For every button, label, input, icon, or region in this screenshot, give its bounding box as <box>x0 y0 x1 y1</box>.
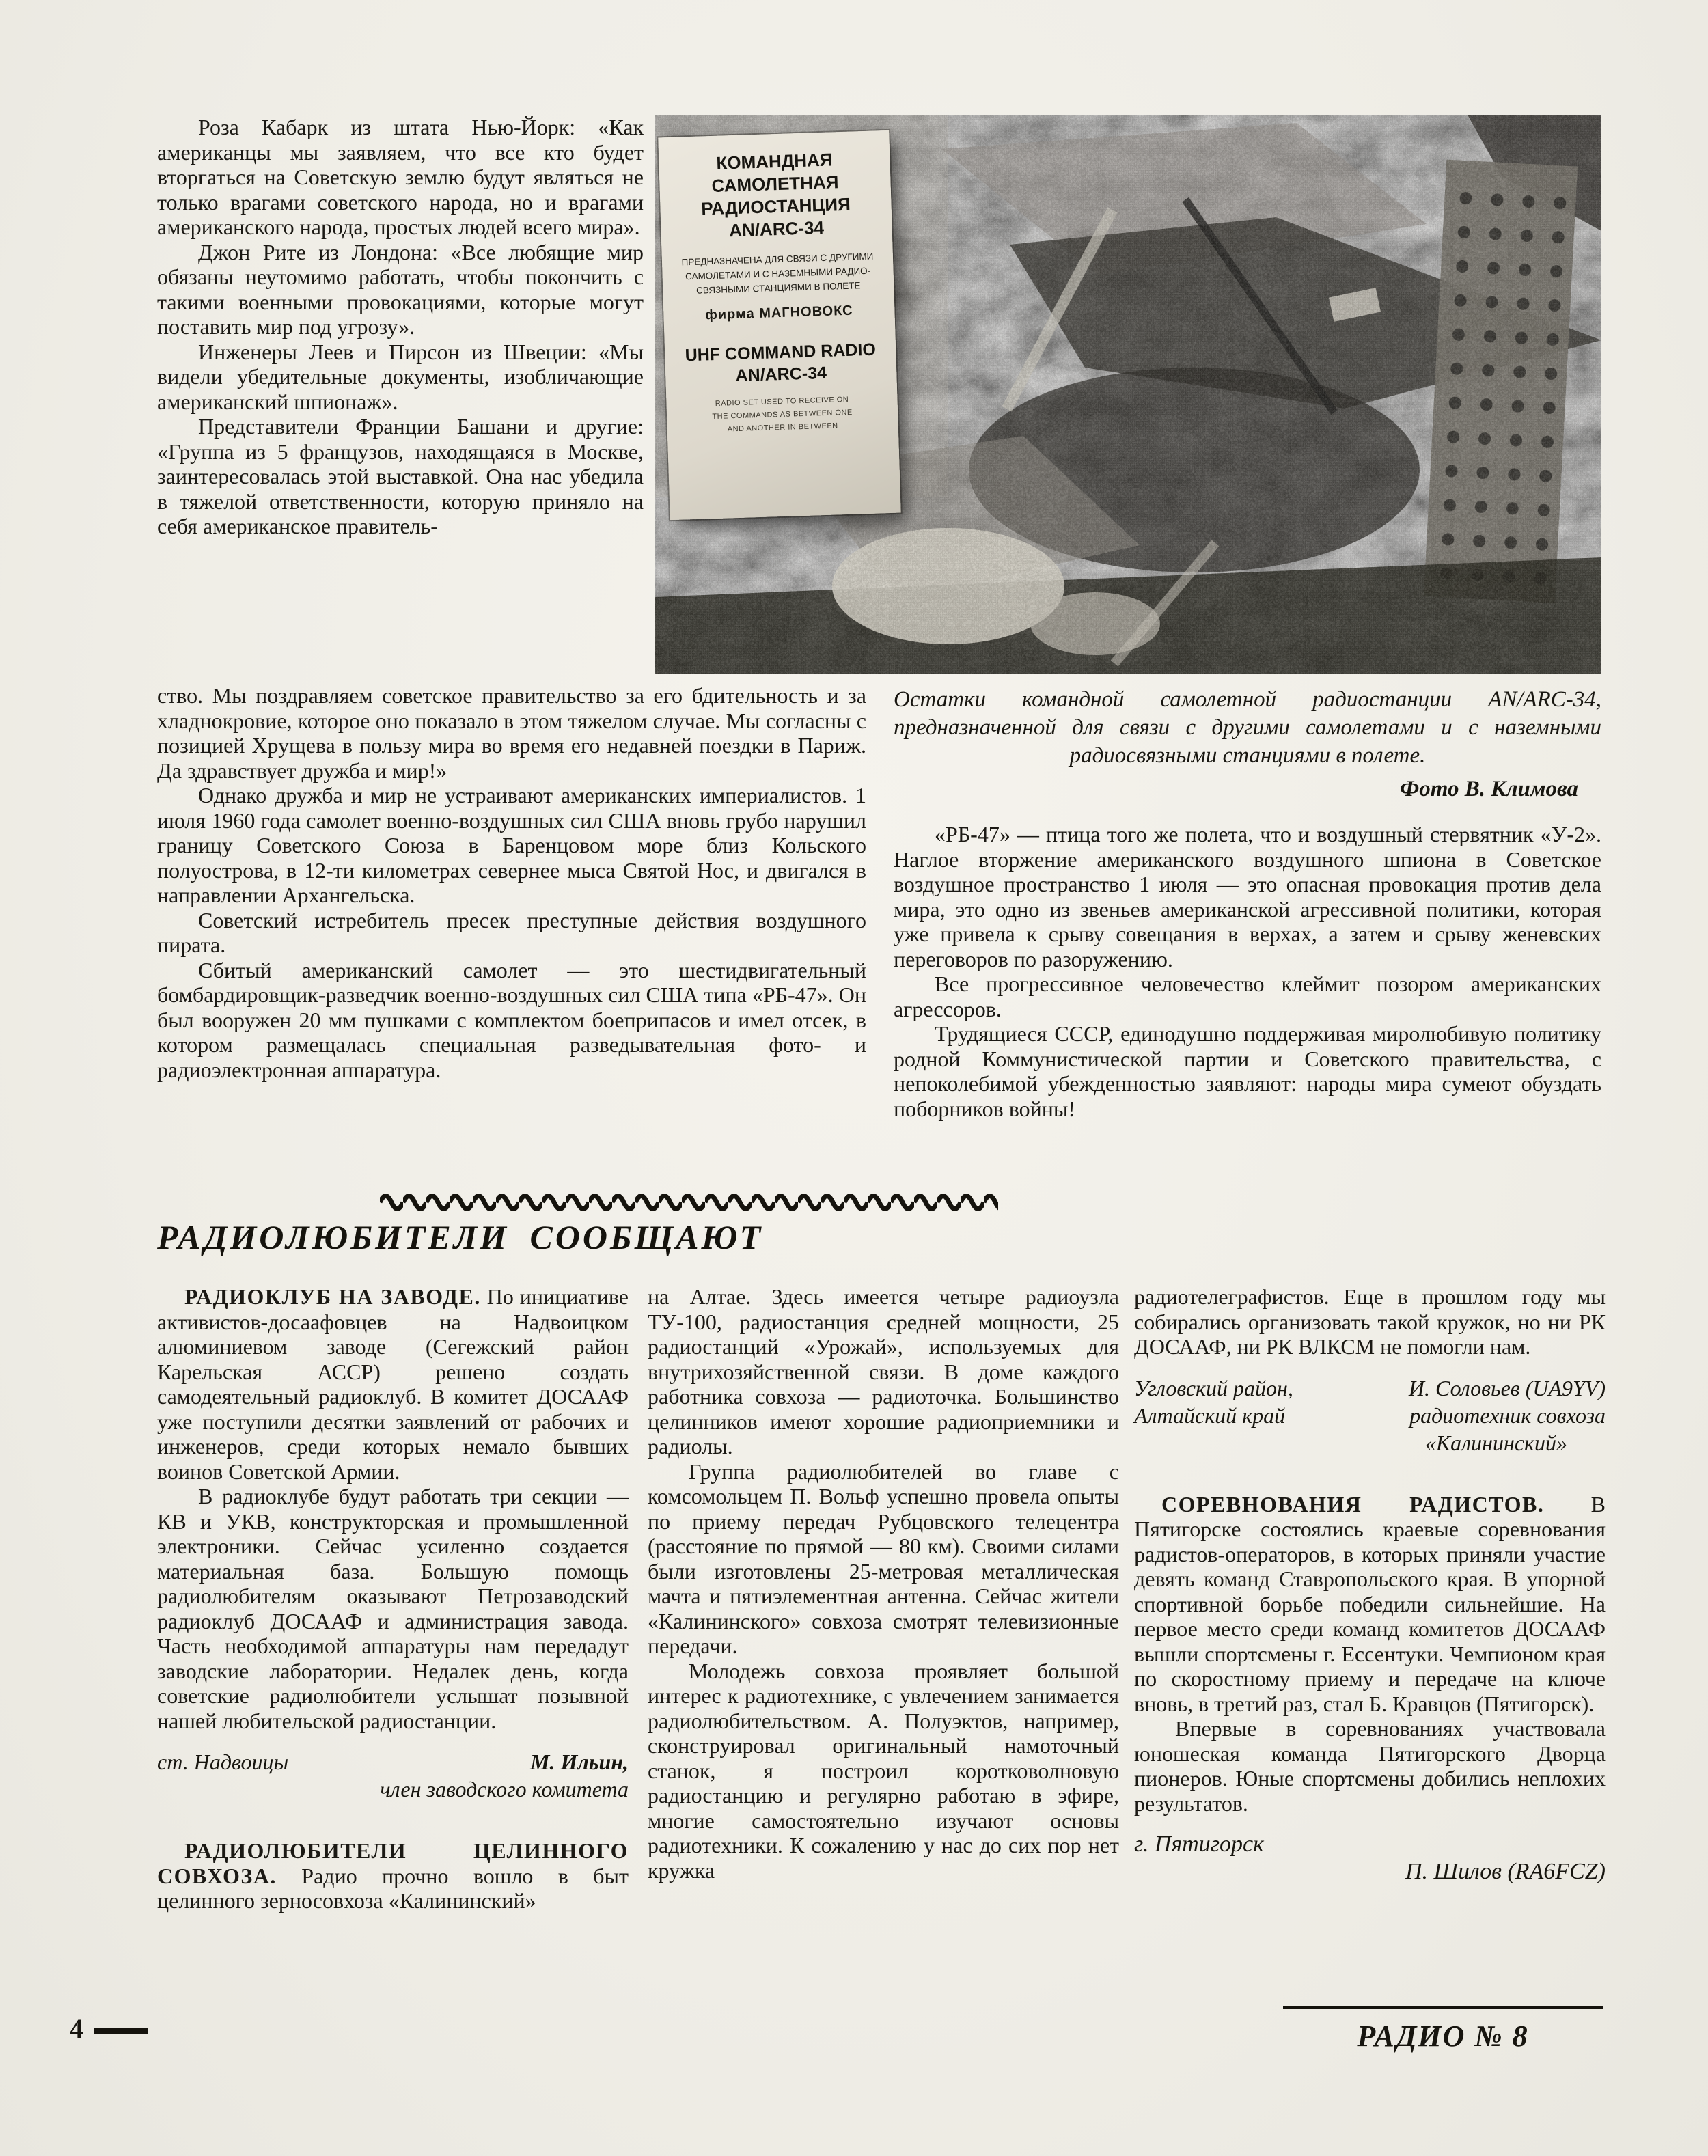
paragraph: Впервые в соревнованиях участвовала юнош… <box>1134 1716 1606 1816</box>
paragraph: на Алтае. Здесь имеется четыре радиоузла… <box>648 1284 1119 1459</box>
paragraph: Советский истребитель пресек преступные … <box>157 908 866 958</box>
paragraph: ство. Мы поздравляем советское правитель… <box>157 683 866 783</box>
paragraph: радиотелеграфистов. Еще в прошлом году м… <box>1134 1284 1606 1359</box>
article-head: СОРЕВНОВАНИЯ РАДИСТОВ. <box>1161 1492 1544 1517</box>
paragraph: Роза Кабарк из штата Нью-Йорк: «Как амер… <box>157 115 644 240</box>
article-paragraph: РАДИОКЛУБ НА ЗАВОДЕ. По инициативе актив… <box>157 1284 629 1484</box>
page-number: 4 <box>70 2013 83 2045</box>
magazine-page: Роза Кабарк из штата Нью-Йорк: «Как амер… <box>0 0 1708 2156</box>
page-number-block: 4 <box>70 2013 148 2045</box>
photo-credit: Фото В. Климова <box>894 777 1601 802</box>
right-wide-column: «РБ-47» — птица того же полета, что и во… <box>894 822 1601 1121</box>
article-text: В Пятигорске состоялись краевые соревнов… <box>1134 1492 1606 1716</box>
signature-place: г. Пятигорск <box>1134 1831 1264 1858</box>
paragraph: Сбитый американский самолет — это шестид… <box>157 958 866 1083</box>
left-wide-column: ство. Мы поздравляем советское правитель… <box>157 683 866 1082</box>
magazine-brand: РАДИО № 8 <box>1283 2019 1603 2054</box>
wreckage-photo: КОМАНДНАЯ САМОЛЕТНАЯ РАДИОСТАНЦИЯ AN/ARC… <box>655 115 1601 674</box>
exhibit-sign: КОМАНДНАЯ САМОЛЕТНАЯ РАДИОСТАНЦИЯ AN/ARC… <box>658 130 900 520</box>
wavy-divider <box>380 1194 998 1211</box>
sign-line: РАДИОСТАНЦИЯ AN/ARC-34 <box>671 192 881 244</box>
photo-caption: Остатки командной самолетной радиостанци… <box>894 686 1601 770</box>
signature-role: «Калининский» <box>1134 1429 1606 1456</box>
signature-name: П. Шилов (RA6FCZ) <box>1134 1858 1606 1885</box>
signature-place: ст. Надвоицы <box>157 1748 288 1775</box>
paragraph: Трудящиеся СССР, единодушно поддерживая … <box>894 1021 1601 1121</box>
signature-name: М. Ильин, <box>530 1748 629 1775</box>
paragraph: Молодежь совхоза проявляет большой интер… <box>648 1659 1119 1883</box>
footer-brand-block: РАДИО № 8 <box>1283 2006 1603 2054</box>
intro-column: Роза Кабарк из штата Нью-Йорк: «Как амер… <box>157 115 644 539</box>
paragraph: «РБ-47» — птица того же полета, что и во… <box>894 822 1601 971</box>
footer-rule <box>1283 2006 1603 2009</box>
paragraph: Все прогрессивное человечество клеймит п… <box>894 971 1601 1021</box>
signature-place: Угловский район, <box>1134 1374 1293 1402</box>
signature-row: ст. Надвоицы М. Ильин, <box>157 1748 629 1775</box>
signature-row: Угловский район, И. Соловьев (UA9YV) <box>1134 1374 1606 1402</box>
paragraph: Однако дружба и мир не устраивают америк… <box>157 783 866 908</box>
paragraph: Представители Франции Башани и другие: «… <box>157 414 644 539</box>
paragraph: В радиоклубе будут работать три секции —… <box>157 1484 629 1733</box>
article-column-2: на Алтае. Здесь имеется четыре радиоузла… <box>648 1284 1119 1883</box>
signature-name: И. Соловьев (UA9YV) <box>1409 1374 1606 1402</box>
article-paragraph: РАДИОЛЮБИТЕЛИ ЦЕЛИННОГО СОВХОЗА. Радио п… <box>157 1838 629 1913</box>
article-text: По инициативе активистов-досаафовцев на … <box>157 1284 629 1484</box>
page-number-rule <box>94 2028 148 2034</box>
signature-row: г. Пятигорск <box>1134 1831 1606 1858</box>
article-head: РАДИОКЛУБ НА ЗАВОДЕ. <box>184 1284 481 1309</box>
article-paragraph: СОРЕВНОВАНИЯ РАДИСТОВ. В Пятигорске сост… <box>1134 1492 1606 1717</box>
photo-caption-block: Остатки командной самолетной радиостанци… <box>894 686 1601 802</box>
signature-row: Алтайский край радиотехник совхоза <box>1134 1402 1606 1429</box>
sign-line: КОМАНДНАЯ САМОЛЕТНАЯ <box>670 147 880 199</box>
signature-role: член заводского комитета <box>157 1775 629 1803</box>
signature-role: радиотехник совхоза <box>1409 1402 1606 1429</box>
signature-place: Алтайский край <box>1134 1402 1285 1429</box>
sign-line: фирма МАГНОВОКС <box>674 302 884 324</box>
article-column-1: РАДИОКЛУБ НА ЗАВОДЕ. По инициативе актив… <box>157 1284 629 1913</box>
article-column-3: радиотелеграфистов. Еще в прошлом году м… <box>1134 1284 1606 1885</box>
paragraph: Джон Рите из Лондона: «Все любящие мир о… <box>157 240 644 340</box>
paragraph: Инженеры Леев и Пирсон из Швеции: «Мы ви… <box>157 340 644 415</box>
section-title: РАДИОЛЮБИТЕЛИ СООБЩАЮТ <box>157 1217 1114 1257</box>
paragraph: Группа радиолюбителей во главе с комсомо… <box>648 1459 1119 1659</box>
